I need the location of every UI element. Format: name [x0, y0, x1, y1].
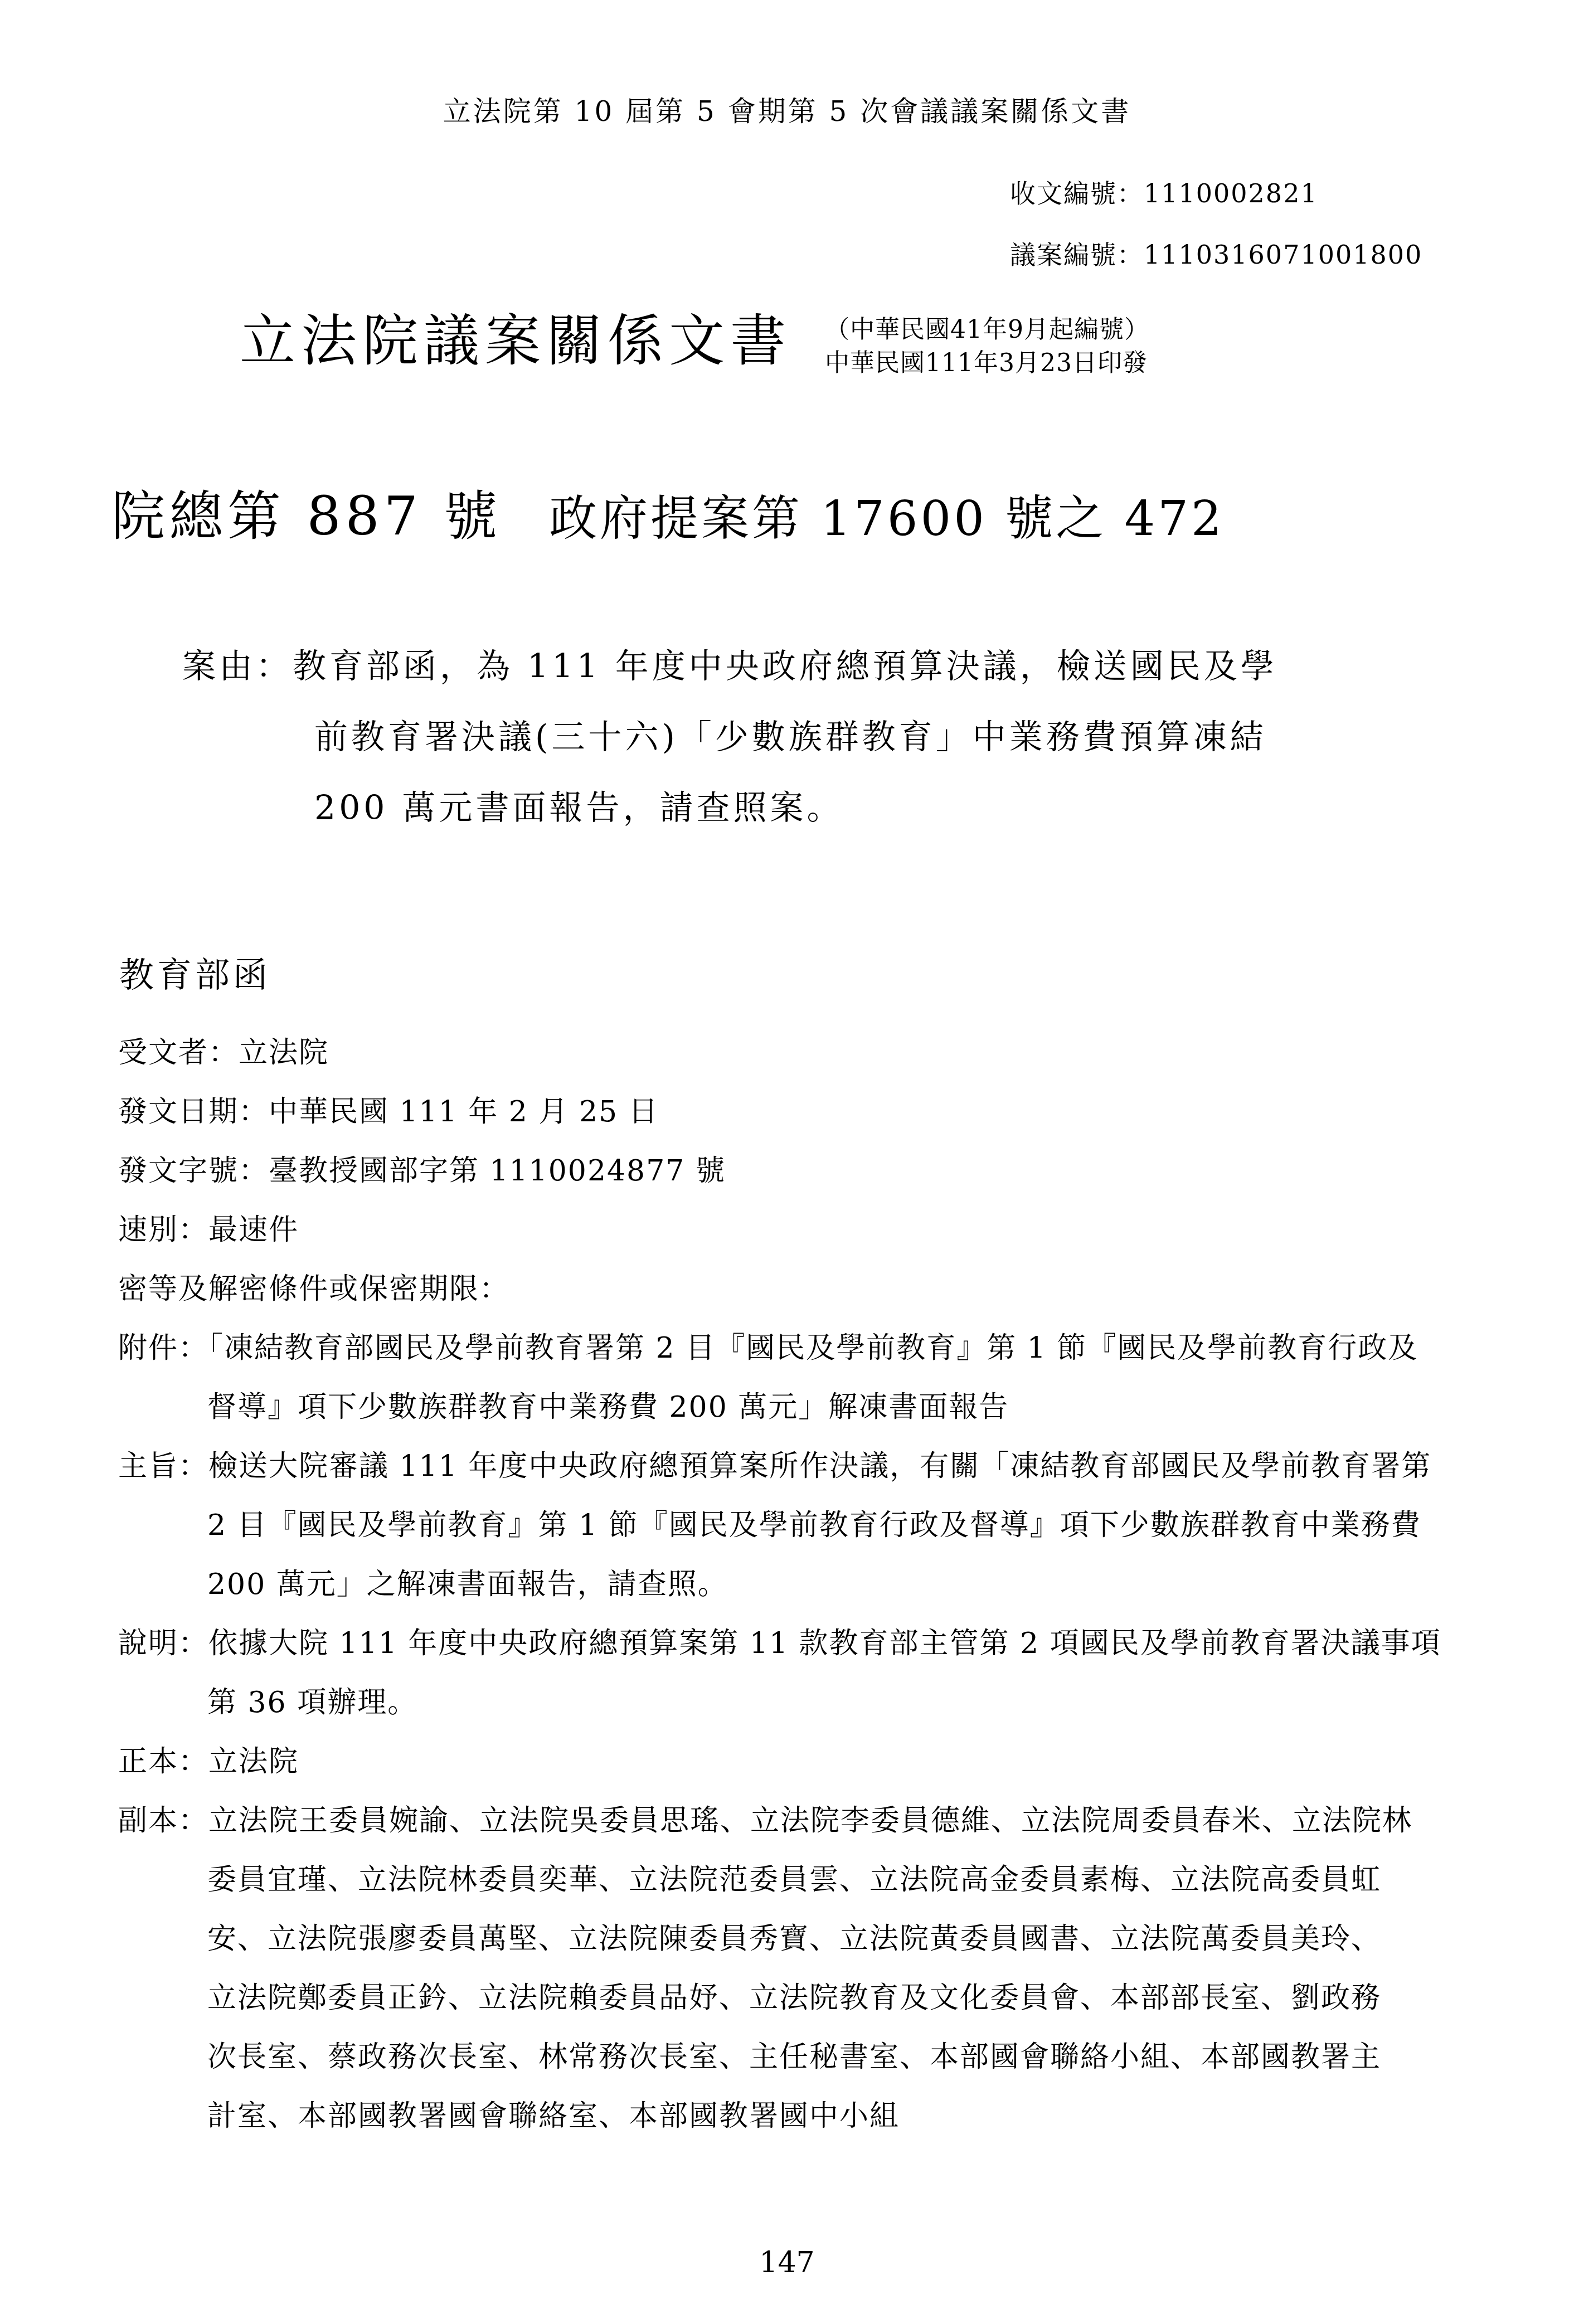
government-proposal-number: 政府提案第 17600 號之 472	[549, 488, 1225, 550]
recipient-line: 受文者：立法院	[118, 1023, 1441, 1082]
masthead-note: （中華民國41年9月起編號） 中華民國111年3月23日印發	[825, 313, 1149, 380]
cc-line-5: 次長室、蔡政務次長室、林常務次長室、主任秘書室、本部國會聯絡小組、本部國教署主	[207, 2028, 1441, 2087]
case-summary-line-1: 案由：教育部函，為 111 年度中央政府總預算決議，檢送國民及學	[182, 631, 1277, 702]
session-header: 立法院第 10 屆第 5 會期第 5 次會議議案關係文書	[0, 89, 1574, 129]
reference-number-line: 發文字號：臺教授國部字第 1110024877 號	[118, 1141, 1441, 1200]
original-recipient-line: 正本：立法院	[118, 1732, 1441, 1791]
explanation-line-1: 說明：依據大院 111 年度中央政府總預算案第 11 款教育部主管第 2 項國民…	[118, 1614, 1441, 1673]
priority-line: 速別：最速件	[118, 1200, 1441, 1260]
explanation-line-2: 第 36 項辦理。	[207, 1673, 1441, 1732]
letter-heading: 教育部函	[119, 955, 271, 996]
letter-body: 受文者：立法院 發文日期：中華民國 111 年 2 月 25 日 發文字號：臺教…	[118, 1023, 1441, 2146]
document-numbers: 收文編號：1110002821 議案編號：1110316071001800	[1010, 178, 1422, 270]
main-point-line-1: 主旨：檢送大院審議 111 年度中央政府總預算案所作決議，有關「凍結教育部國民及…	[118, 1437, 1441, 1496]
cc-line-1: 副本：立法院王委員婉諭、立法院吳委員思瑤、立法院李委員德維、立法院周委員春米、立…	[118, 1791, 1441, 1850]
case-summary-line-2: 前教育署決議(三十六)「少數族群教育」中業務費預算凍結	[314, 702, 1277, 773]
case-summary: 案由：教育部函，為 111 年度中央政府總預算決議，檢送國民及學 前教育署決議(…	[182, 631, 1277, 844]
cc-line-2: 委員宜瑾、立法院林委員奕華、立法院范委員雲、立法院高金委員素梅、立法院高委員虹	[207, 1850, 1441, 1909]
document-page: 立法院第 10 屆第 5 會期第 5 次會議議案關係文書 收文編號：111000…	[0, 0, 1574, 2324]
main-point-line-2: 2 目『國民及學前教育』第 1 節『國民及學前教育行政及督導』項下少數族群教育中…	[207, 1496, 1441, 1555]
attachment-line-2: 督導』項下少數族群教育中業務費 200 萬元」解凍書面報告	[207, 1378, 1441, 1437]
masthead-note-line-2: 中華民國111年3月23日印發	[825, 347, 1149, 380]
yuan-general-number: 院總第 887 號	[111, 483, 502, 550]
cc-line-3: 安、立法院張廖委員萬堅、立法院陳委員秀寶、立法院黃委員國書、立法院萬委員美玲、	[207, 1909, 1441, 1968]
bill-number: 議案編號：1110316071001800	[1010, 240, 1422, 270]
page-number: 147	[0, 2242, 1574, 2284]
receipt-number: 收文編號：1110002821	[1010, 178, 1422, 208]
issue-date-line: 發文日期：中華民國 111 年 2 月 25 日	[118, 1082, 1441, 1141]
cc-line-6: 計室、本部國教署國會聯絡室、本部國教署國中小組	[207, 2087, 1441, 2146]
attachment-line-1: 附件：「凍結教育部國民及學前教育署第 2 目『國民及學前教育』第 1 節『國民及…	[118, 1319, 1441, 1378]
document-title: 立法院議案關係文書	[240, 308, 791, 375]
main-point-line-3: 200 萬元」之解凍書面報告，請查照。	[207, 1555, 1441, 1614]
case-summary-line-3: 200 萬元書面報告，請查照案。	[314, 773, 1277, 844]
masthead-note-line-1: （中華民國41年9月起編號）	[825, 313, 1149, 347]
cc-line-4: 立法院鄭委員正鈐、立法院賴委員品妤、立法院教育及文化委員會、本部部長室、劉政務	[207, 1968, 1441, 2028]
classification-line: 密等及解密條件或保密期限：	[118, 1260, 1441, 1319]
masthead: 立法院議案關係文書 （中華民國41年9月起編號） 中華民國111年3月23日印發	[240, 308, 1149, 380]
